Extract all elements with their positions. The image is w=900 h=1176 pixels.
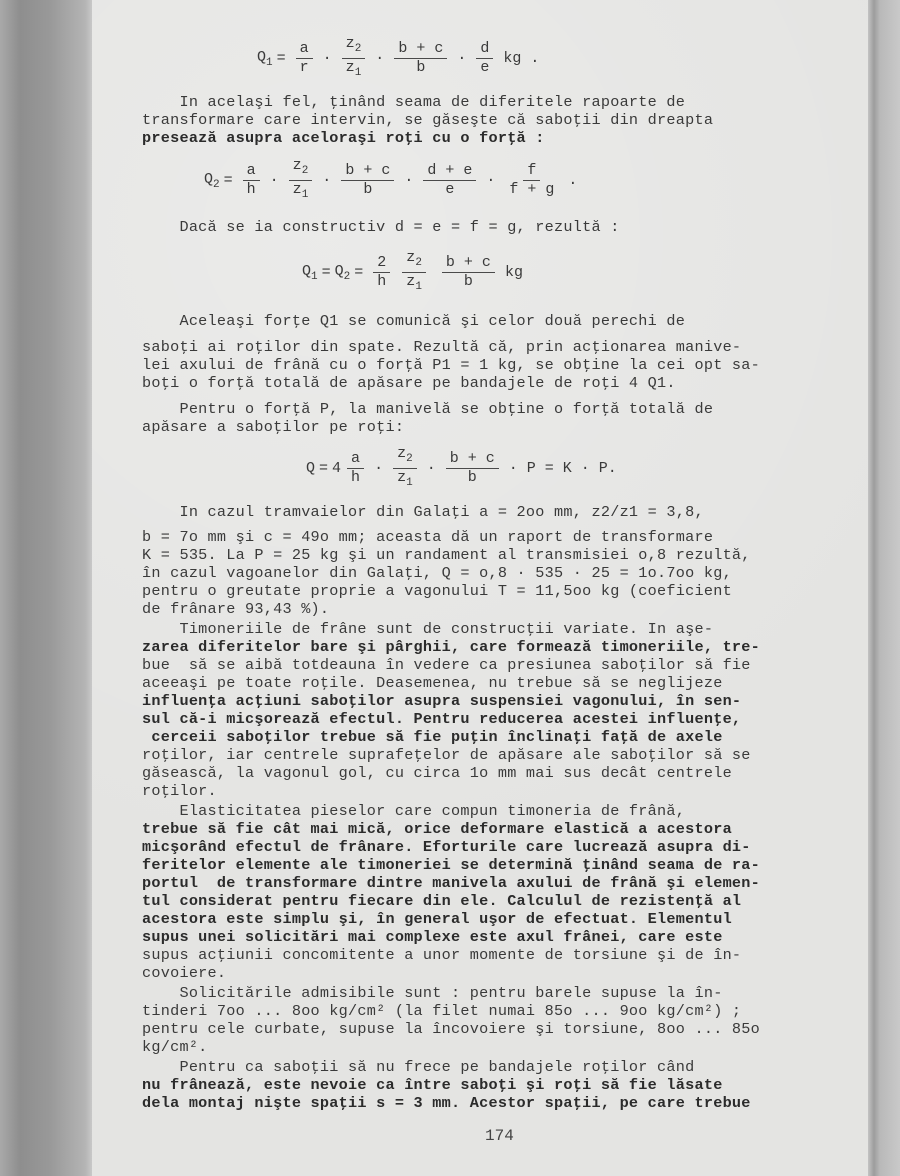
text-line: Pentru ca saboţii să nu frece pe bandaje… bbox=[142, 1058, 694, 1076]
text-line: transformare care intervin, se găseşte c… bbox=[142, 111, 713, 129]
text-line: kg/cm². bbox=[142, 1038, 208, 1056]
text-line: micşorând efectul de frânare. Eforturile… bbox=[142, 838, 751, 856]
text-line: pentru o greutate proprie a vagonului T … bbox=[142, 582, 732, 600]
text-line: influenţa acţiuni saboţilor asupra suspe… bbox=[142, 692, 741, 710]
text-line: In cazul tramvaielor din Galaţi a = 2oo … bbox=[142, 503, 704, 521]
text-line: lei axului de frână cu o forţă P1 = 1 kg… bbox=[142, 356, 760, 374]
text-line: roţilor. bbox=[142, 782, 217, 800]
text-line: In acelaşi fel, ţinând seama de diferite… bbox=[142, 93, 685, 111]
document-page: Q1 = ar · z2z1 · b + cb · de kg . In ace… bbox=[92, 0, 868, 1176]
text-line: presează asupra aceloraşi roţi cu o forţ… bbox=[142, 129, 545, 147]
text-line: Elasticitatea pieselor care compun timon… bbox=[142, 802, 685, 820]
text-line: cerceii saboţilor trebue să fie puţin în… bbox=[142, 728, 723, 746]
text-line: tul considerat pentru fiecare din ele. C… bbox=[142, 892, 741, 910]
text-line: K = 535. La P = 25 kg şi un randament al… bbox=[142, 546, 751, 564]
fraction: b + cb bbox=[394, 41, 447, 76]
text-line: aceeaşi pe toate roţile. Deasemenea, nu … bbox=[142, 674, 723, 692]
fraction: z2z1 bbox=[402, 250, 426, 295]
formula-lhs: Q1 bbox=[257, 49, 273, 69]
text-line: b = 7o mm şi c = 49o mm; aceasta dă un r… bbox=[142, 528, 713, 546]
text-line: sul că-i micşorează efectul. Pentru redu… bbox=[142, 710, 741, 728]
scan-gutter-left bbox=[0, 0, 92, 1176]
text-line: dela montaj nişte spaţii s = 3 mm. Acest… bbox=[142, 1094, 751, 1112]
fraction: de bbox=[476, 41, 493, 76]
text-line: apăsare a saboţilor pe roţi: bbox=[142, 418, 404, 436]
formula-q1-q2: Q1 = Q2 = 2h z2z1 b + cb kg bbox=[302, 250, 527, 295]
fraction: 2h bbox=[373, 255, 390, 290]
text-line: acestora este simplu şi, în general uşor… bbox=[142, 910, 732, 928]
formula-q1: Q1 = ar · z2z1 · b + cb · de kg . bbox=[257, 36, 543, 81]
text-line: feritelor elemente ale timoneriei se det… bbox=[142, 856, 760, 874]
text-line: pentru cele curbate, supuse la încovoier… bbox=[142, 1020, 760, 1038]
text-line: portul de transformare dintre manivela a… bbox=[142, 874, 760, 892]
text-line: supus acţiunii concomitente a unor momen… bbox=[142, 946, 741, 964]
text-line: trebue să fie cât mai mică, orice deform… bbox=[142, 820, 732, 838]
fraction: d + ee bbox=[423, 163, 476, 198]
fraction: z2z1 bbox=[393, 446, 417, 491]
text-line: în cazul vagoanelor din Galaţi, Q = o,8 … bbox=[142, 564, 732, 582]
text-line: roţilor, iar centrele suprafeţelor de ap… bbox=[142, 746, 751, 764]
fraction: ah bbox=[243, 163, 260, 198]
text-line: nu frânează, este nevoie ca între saboţi… bbox=[142, 1076, 723, 1094]
text-line: saboţi ai roţilor din spate. Rezultă că,… bbox=[142, 338, 741, 356]
fraction: b + cb bbox=[442, 255, 495, 290]
text-line: de frânare 93,43 %). bbox=[142, 600, 329, 618]
text-line: Dacă se ia constructiv d = e = f = g, re… bbox=[142, 218, 620, 236]
text-line: supus unei solicitări mai complexe este … bbox=[142, 928, 723, 946]
fraction: b + cb bbox=[446, 451, 499, 486]
text-line: Pentru o forţă P, la manivelă se obţine … bbox=[142, 400, 713, 418]
fraction: ah bbox=[347, 451, 364, 486]
fraction: z2z1 bbox=[342, 36, 366, 81]
text-line: boţi o forţă totală de apăsare pe bandaj… bbox=[142, 374, 676, 392]
text-line: găsească, la vagonul gol, cu circa 1o mm… bbox=[142, 764, 732, 782]
text-line: Solicitările admisibile sunt : pentru ba… bbox=[142, 984, 723, 1002]
fraction: b + cb bbox=[341, 163, 394, 198]
text-line: Timoneriile de frâne sunt de construcţii… bbox=[142, 620, 713, 638]
fraction: ff + g bbox=[505, 163, 558, 198]
fraction: z2z1 bbox=[289, 158, 313, 203]
scan-gutter-right bbox=[866, 0, 900, 1176]
text-line: bue să se aibă totdeauna în vedere ca pr… bbox=[142, 656, 751, 674]
formula-q: Q = 4 ah · z2z1 · b + cb · P = K · P. bbox=[306, 446, 621, 491]
text-line: Aceleaşi forţe Q1 se comunică şi celor d… bbox=[142, 312, 685, 330]
fraction: ar bbox=[296, 41, 313, 76]
text-line: tinderi 7oo ... 8oo kg/cm² (la filet num… bbox=[142, 1002, 741, 1020]
formula-q2: Q2 = ah · z2z1 · b + cb · d + ee · ff + … bbox=[204, 158, 581, 203]
text-line: covoiere. bbox=[142, 964, 226, 982]
text-line: zarea diferitelor bare şi pârghii, care … bbox=[142, 638, 760, 656]
page-number: 174 bbox=[485, 1127, 514, 1145]
